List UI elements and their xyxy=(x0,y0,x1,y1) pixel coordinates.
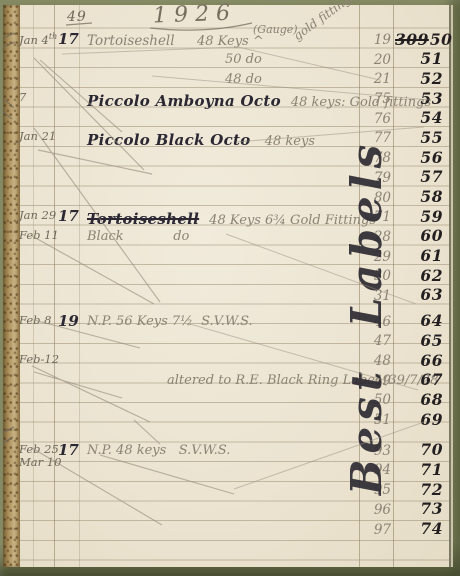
label-number-ink: 65 xyxy=(395,331,443,350)
entry-description: altered to R.E. Black Ring Label (39/7/2… xyxy=(87,373,357,388)
entry-description: Piccolo Amboyna Octo48 keys: Gold fittin… xyxy=(87,92,357,110)
label-number-ink: 64 xyxy=(395,311,443,330)
ledger-row: 78 56 xyxy=(3,149,449,169)
serial-number-pencil: 50 xyxy=(359,392,391,408)
ledger-row: 79 57 xyxy=(3,169,449,189)
label-number-ink: 53 xyxy=(395,89,443,108)
entry-date: Feb-12 xyxy=(19,353,61,366)
serial-number-pencil: 48 xyxy=(359,353,391,369)
ledger-row: Jan 21 Piccolo Black Octo 48 keys 77 55 xyxy=(3,129,449,149)
label-number-value: 67 xyxy=(420,370,443,389)
entry-instrument-name: Piccolo Black Octo xyxy=(87,131,251,149)
label-number-value: 71 xyxy=(420,460,443,479)
entry-quantity: 17 xyxy=(58,441,84,459)
label-number-ink: 67 xyxy=(395,370,443,389)
entry-quantity: 17 xyxy=(58,30,84,48)
label-number-value: 73 xyxy=(420,499,443,518)
entry-description: Piccolo Black Octo 48 keys xyxy=(87,131,357,149)
serial-number-pencil: 30 xyxy=(359,268,391,284)
serial-number-pencil: 29 xyxy=(359,249,391,265)
label-number-value: 59 xyxy=(420,207,443,226)
label-number-value: 51 xyxy=(420,49,443,68)
entry-description: N.P. 48 keys S.V.W.S. xyxy=(87,443,357,458)
struck-number: 309 xyxy=(395,30,429,49)
label-number-value: 70 xyxy=(420,440,443,459)
label-number-ink: 54 xyxy=(395,108,443,127)
serial-number-pencil: 51 xyxy=(359,412,391,428)
serial-number-pencil: 94 xyxy=(359,462,391,478)
label-number-ink: 55 xyxy=(395,128,443,147)
serial-number-pencil: 96 xyxy=(359,502,391,518)
serial-number-pencil: 19 xyxy=(359,32,391,48)
ledger-row: 47 65 xyxy=(3,332,449,352)
label-number-value: 64 xyxy=(420,311,443,330)
label-number-value: 53 xyxy=(420,89,443,108)
serial-number-pencil: 47 xyxy=(359,333,391,349)
label-number-value: 52 xyxy=(420,69,443,88)
serial-number-pencil: 97 xyxy=(359,522,391,538)
label-number-value: 54 xyxy=(420,108,443,127)
serial-number-pencil: 49 xyxy=(359,373,391,389)
label-number-value: 55 xyxy=(420,128,443,147)
serial-number-pencil: 77 xyxy=(359,130,391,146)
label-number-value: 61 xyxy=(420,246,443,265)
page-number: 49 xyxy=(67,9,87,25)
label-number-ink: 66 xyxy=(395,351,443,370)
serial-number-pencil: 95 xyxy=(359,482,391,498)
label-number-ink: 56 xyxy=(395,148,443,167)
ledger-row: 29 61 xyxy=(3,248,449,268)
year-heading: 1926 xyxy=(153,1,238,29)
serial-number-pencil: 28 xyxy=(359,229,391,245)
ledger-row: Feb-12 48 66 xyxy=(3,352,449,372)
entry-date: Jan 4th xyxy=(19,32,61,47)
label-number-value: 62 xyxy=(420,266,443,285)
serial-number-pencil: 76 xyxy=(359,111,391,127)
entry-instrument-name: Tortoiseshell xyxy=(87,33,175,49)
label-number-value: 68 xyxy=(420,390,443,409)
ledger-row: 76 54 xyxy=(3,110,449,130)
entry-detail: Black do xyxy=(87,229,189,244)
ledger-row: Jan 4th 17 Tortoiseshell 48 Keys ^ (Gaug… xyxy=(3,31,449,51)
label-number-ink: 57 xyxy=(395,167,443,186)
serial-number-pencil: 80 xyxy=(359,190,391,206)
entry-date: 7 xyxy=(19,91,61,104)
entry-description: Tortoiseshell48 Keys 6¾ Gold Fittings xyxy=(87,210,357,228)
entry-description: 50 do xyxy=(87,52,357,67)
entry-quantity: 17 xyxy=(58,207,84,225)
label-number-ink: 71 xyxy=(395,460,443,479)
label-number-ink: 62 xyxy=(395,266,443,285)
ledger-row: Feb 11 Black do 28 60 xyxy=(3,228,449,248)
label-number-ink: 59 xyxy=(395,207,443,226)
serial-number-pencil: 46 xyxy=(359,314,391,330)
entry-date: Feb 11 xyxy=(19,229,61,242)
ledger-row: 7 Piccolo Amboyna Octo48 keys: Gold fitt… xyxy=(3,90,449,110)
serial-number-pencil: 79 xyxy=(359,170,391,186)
ledger-row: 95 72 xyxy=(3,481,449,501)
label-number-value: 69 xyxy=(420,410,443,429)
entry-date: Jan 29 xyxy=(19,209,61,222)
label-number-ink: 61 xyxy=(395,246,443,265)
serial-number-pencil: 21 xyxy=(359,71,391,87)
label-number-ink: 74 xyxy=(395,519,443,538)
entry-date: Feb 8 xyxy=(19,314,61,327)
serial-number-pencil: 75 xyxy=(359,91,391,107)
label-number-ink: 72 xyxy=(395,480,443,499)
label-number-value: 65 xyxy=(420,331,443,350)
label-number-ink: 58 xyxy=(395,187,443,206)
ledger-row: Feb 25Mar 10 17 N.P. 48 keys S.V.W.S. 93… xyxy=(3,442,449,462)
ledger-row: 80 58 xyxy=(3,189,449,209)
entry-detail: 50 do xyxy=(225,52,262,67)
label-number-value: 66 xyxy=(420,351,443,370)
ledger-row: 50 do 20 51 xyxy=(3,51,449,71)
serial-number-pencil: 93 xyxy=(359,443,391,459)
ledger-row: 51 69 xyxy=(3,411,449,431)
entry-quantity: 19 xyxy=(58,312,84,330)
entry-detail: N.P. 56 Keys 7½ S.V.W.S. xyxy=(87,314,253,329)
label-number-ink: 51 xyxy=(395,49,443,68)
label-number-ink: 69 xyxy=(395,410,443,429)
ledger-row: altered to R.E. Black Ring Label (39/7/2… xyxy=(3,372,449,392)
label-number-ink: 60 xyxy=(395,226,443,245)
ledger-row: 31 63 xyxy=(3,287,449,307)
serial-number-pencil: 78 xyxy=(359,150,391,166)
serial-number-pencil: 31 xyxy=(359,288,391,304)
entry-detail: 48 Keys 6¾ Gold Fittings xyxy=(209,213,376,228)
ledger-row: 97 74 xyxy=(3,521,449,541)
ledger-row: 48 do 21 52 xyxy=(3,70,449,90)
ledger-row: Jan 29 17 Tortoiseshell48 Keys 6¾ Gold F… xyxy=(3,208,449,228)
ledger-row: 30 62 xyxy=(3,267,449,287)
entry-description: Black do xyxy=(87,229,357,244)
serial-number-pencil: 71 xyxy=(359,209,391,225)
entry-description: N.P. 56 Keys 7½ S.V.W.S. xyxy=(87,314,357,329)
ledger-row: Feb 8 19 N.P. 56 Keys 7½ S.V.W.S. 46 64 xyxy=(3,313,449,333)
label-number-ink: 63 xyxy=(395,285,443,304)
entry-date: Jan 21 xyxy=(19,130,61,143)
gold-fittings-annotation: gold fittings xyxy=(291,0,359,43)
entry-instrument-name: Tortoiseshell xyxy=(87,210,199,228)
label-number-value: 63 xyxy=(420,285,443,304)
label-number-ink: 70 xyxy=(395,440,443,459)
entry-detail: 48 keys xyxy=(261,134,315,149)
entry-detail: 48 Keys ^ xyxy=(185,34,264,49)
label-number-value: 72 xyxy=(420,480,443,499)
entry-description: 48 do xyxy=(87,72,357,87)
label-number-value: 74 xyxy=(420,519,443,538)
label-number-ink: 68 xyxy=(395,390,443,409)
label-number-ink: 52 xyxy=(395,69,443,88)
entry-detail: 48 do xyxy=(225,72,262,87)
gauge-annotation: (Gauge) xyxy=(253,23,298,36)
ledger-rows: Jan 4th 17 Tortoiseshell 48 Keys ^ (Gaug… xyxy=(3,31,449,540)
label-number-value: 50 xyxy=(430,30,453,49)
scanned-ledger-photo: 49 1926 Jan 4th 17 Tortoiseshell 48 Keys… xyxy=(0,0,460,576)
entry-description: Tortoiseshell 48 Keys ^ (Gauge) gold fit… xyxy=(87,33,357,49)
label-number-value: 58 xyxy=(420,187,443,206)
serial-number-pencil: 20 xyxy=(359,52,391,68)
ledger-row: 94 71 xyxy=(3,461,449,481)
label-number-value: 56 xyxy=(420,148,443,167)
ledger-row: 96 73 xyxy=(3,501,449,521)
label-number-value: 60 xyxy=(420,226,443,245)
entry-detail: N.P. 48 keys S.V.W.S. xyxy=(87,443,230,458)
label-number-value: 57 xyxy=(420,167,443,186)
ledger-row: 50 68 xyxy=(3,391,449,411)
ledger-page: 49 1926 Jan 4th 17 Tortoiseshell 48 Keys… xyxy=(3,5,449,567)
label-number-ink: 30950 xyxy=(395,30,443,49)
label-number-ink: 73 xyxy=(395,499,443,518)
entry-instrument-name: Piccolo Amboyna Octo xyxy=(87,92,281,110)
